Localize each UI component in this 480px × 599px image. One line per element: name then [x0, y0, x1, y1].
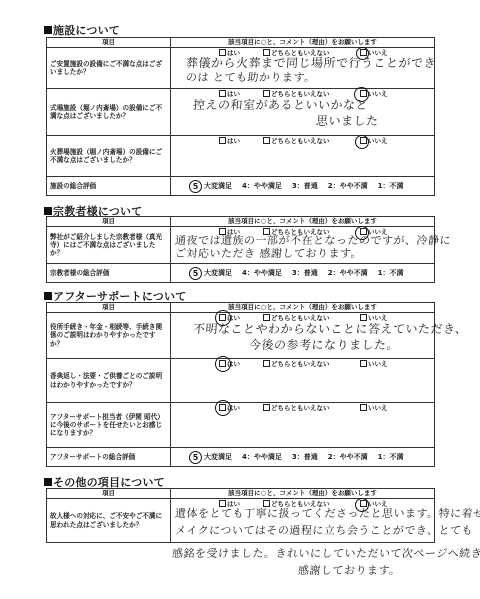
choice-neutral[interactable]: どちらともいえない — [263, 137, 330, 146]
question-text: 役所手続き・年金・相続等、手続き関係のご説明はわかりやすかったですか？ — [47, 313, 171, 359]
handwritten-comment: 遺体をとても丁寧に扱ってくださったと思います。特に着せ替えと — [175, 510, 480, 519]
checkbox-icon — [219, 49, 226, 56]
total-rating-scale: 5大変満足4：やや満足3：普通2：やや不満1：不満 — [171, 177, 435, 196]
answer-cell: はい どちらともいえない いいえ 不明なことやわからないことに答えていただき、 … — [171, 313, 435, 359]
facilities-table: 項目 該当項目に○と、コメント（理由）をお願いします ご安置施設の設備にご不満な… — [46, 37, 435, 196]
checkbox-icon — [360, 360, 367, 367]
choice-yes[interactable]: はい — [219, 137, 240, 146]
answer-cell: はい どちらともいえない いいえ 通夜では遺族の一部が不在となったのですが、冷静… — [171, 227, 435, 264]
question-text: アフターサポート担当者（伊関 昭代）に今後のサポートを任せたいとお感じになります… — [47, 403, 171, 448]
question-text: 弊社がご紹介しました宗教者様（真光寺）にはご不満な点はございましたか？ — [47, 227, 171, 264]
choice-neutral[interactable]: どちらともいえない — [263, 404, 330, 413]
checkbox-icon — [263, 49, 270, 56]
rating-5-label: 大変満足 — [204, 182, 232, 190]
selected-circle-icon — [355, 135, 369, 149]
answer-cell: はい どちらともいえない いいえ 控えの和室があるといいかなと 思いました — [171, 89, 435, 136]
checkbox-icon — [360, 404, 367, 411]
rating-5-circled[interactable]: 5 — [189, 180, 202, 193]
rating-3[interactable]: 3：普通 — [292, 453, 318, 461]
question-text: 故人様への対応に、ご不安やご不満に思われた点はございましたか？ — [47, 499, 171, 543]
rating-5-label: 大変満足 — [204, 453, 232, 461]
rating-4[interactable]: 4：やや満足 — [242, 453, 282, 461]
rating-2[interactable]: 2：やや不満 — [328, 182, 368, 190]
answer-cell: はい どちらともいえない いいえ — [171, 136, 435, 177]
header-item: 項目 — [47, 489, 171, 499]
question-text: ご安置施設の設備にご不満な点はございましたか？ — [47, 48, 171, 89]
handwritten-comment: 通夜では遺族の一部が不在となったのですが、冷静に — [175, 237, 452, 246]
checkbox-icon — [219, 500, 226, 507]
checkbox-icon — [263, 404, 270, 411]
checkbox-icon — [263, 360, 270, 367]
rating-1[interactable]: 1：不満 — [378, 453, 404, 461]
header-answer: 該当項目に○と、コメント（理由）をお願いします — [171, 489, 435, 499]
rating-5-label: 大変満足 — [204, 269, 232, 277]
rating-4[interactable]: 4：やや満足 — [242, 182, 282, 190]
handwritten-comment: メイクについてはその過程に立ち会うことができ、とても — [175, 527, 474, 536]
total-rating-scale: 5大変満足4：やや満足3：普通2：やや不満1：不満 — [171, 264, 435, 283]
religious-table: 項目 該当項目に○と、コメント（理由）をお願いします 弊社がご紹介しました宗教者… — [46, 216, 435, 283]
choice-no[interactable]: いいえ — [360, 360, 388, 369]
handwritten-comment: 思いました — [316, 117, 379, 126]
handwritten-comment: ご対応いただき 感謝しております。 — [175, 250, 363, 259]
header-item: 項目 — [47, 303, 171, 313]
total-rating-label: 施設の総合評価 — [47, 177, 171, 196]
question-text: 式場施設（堀ノ内斎場）の設備にご不満な点はございましたか？ — [47, 89, 171, 136]
handwritten-comment-overflow: 感謝しております。 — [297, 562, 401, 578]
handwritten-comment: 不明なことやわからないことに答えていただき、 — [193, 325, 468, 334]
answer-cell: はい どちらともいえない いいえ — [171, 403, 435, 448]
rating-2[interactable]: 2：やや不満 — [328, 269, 368, 277]
section-title-facilities: 施設について — [44, 22, 120, 38]
total-rating-label: アフターサポートの総合評価 — [47, 448, 171, 467]
other-table: 項目 該当項目に○と、コメント（理由）をお願いします 故人様への対応に、ご不安や… — [46, 488, 435, 543]
choice-neutral[interactable]: どちらともいえない — [263, 360, 330, 369]
rating-1[interactable]: 1：不満 — [378, 182, 404, 190]
header-answer: 該当項目に○と、コメント（理由）をお願いします — [171, 217, 435, 227]
checkbox-icon — [263, 314, 270, 321]
answer-cell: はい どちらともいえない いいえ 葬儀から火葬まで同じ場所で行うことができ のは… — [171, 48, 435, 89]
checkbox-icon — [263, 500, 270, 507]
rating-5-circled[interactable]: 5 — [189, 267, 202, 280]
handwritten-comment: 控えの和室があるといいかなと — [193, 101, 369, 110]
handwritten-comment: 今後の参考になりました。 — [249, 341, 400, 350]
selected-circle-icon — [215, 400, 231, 416]
header-answer: 該当項目に○と、コメント（理由）をお願いします — [171, 303, 435, 313]
header-answer: 該当項目に○と、コメント（理由）をお願いします — [171, 38, 435, 48]
selected-circle-icon — [215, 356, 231, 372]
checkbox-icon — [263, 90, 270, 97]
rating-1[interactable]: 1：不満 — [378, 269, 404, 277]
rating-5-circled[interactable]: 5 — [189, 451, 202, 464]
question-text: 香典返し・法要・ご供養ごとのご説明はわかりやすかったですか？ — [47, 359, 171, 403]
answer-cell: はい どちらともいえない いいえ — [171, 359, 435, 403]
handwritten-comment: のは とても助かります。 — [186, 74, 316, 83]
rating-3[interactable]: 3：普通 — [292, 269, 318, 277]
header-item: 項目 — [47, 217, 171, 227]
rating-3[interactable]: 3：普通 — [292, 182, 318, 190]
handwritten-comment-overflow: 感銘を受けました。きれいにしていただいて次ページへ続きます — [171, 545, 480, 561]
after-support-table: 項目 該当項目に○と、コメント（理由）をお願いします 役所手続き・年金・相続等、… — [46, 302, 435, 467]
checkbox-icon — [219, 137, 226, 144]
answer-cell: はい どちらともいえない いいえ 遺体をとても丁寧に扱ってくださったと思います。… — [171, 499, 435, 543]
rating-4[interactable]: 4：やや満足 — [242, 269, 282, 277]
checkbox-icon — [360, 314, 367, 321]
total-rating-scale: 5大変満足4：やや満足3：普通2：やや不満1：不満 — [171, 448, 435, 467]
total-rating-label: 宗教者様の総合評価 — [47, 264, 171, 283]
header-item: 項目 — [47, 38, 171, 48]
handwritten-comment: 葬儀から火葬まで同じ場所で行うことができ — [186, 59, 437, 68]
checkbox-icon — [219, 90, 226, 97]
question-text: 火葬場施設（堀ノ内斎場）の設備にご不満な点はございましたか？ — [47, 136, 171, 177]
choice-no[interactable]: いいえ — [360, 404, 388, 413]
checkbox-icon — [263, 137, 270, 144]
rating-2[interactable]: 2：やや不満 — [328, 453, 368, 461]
